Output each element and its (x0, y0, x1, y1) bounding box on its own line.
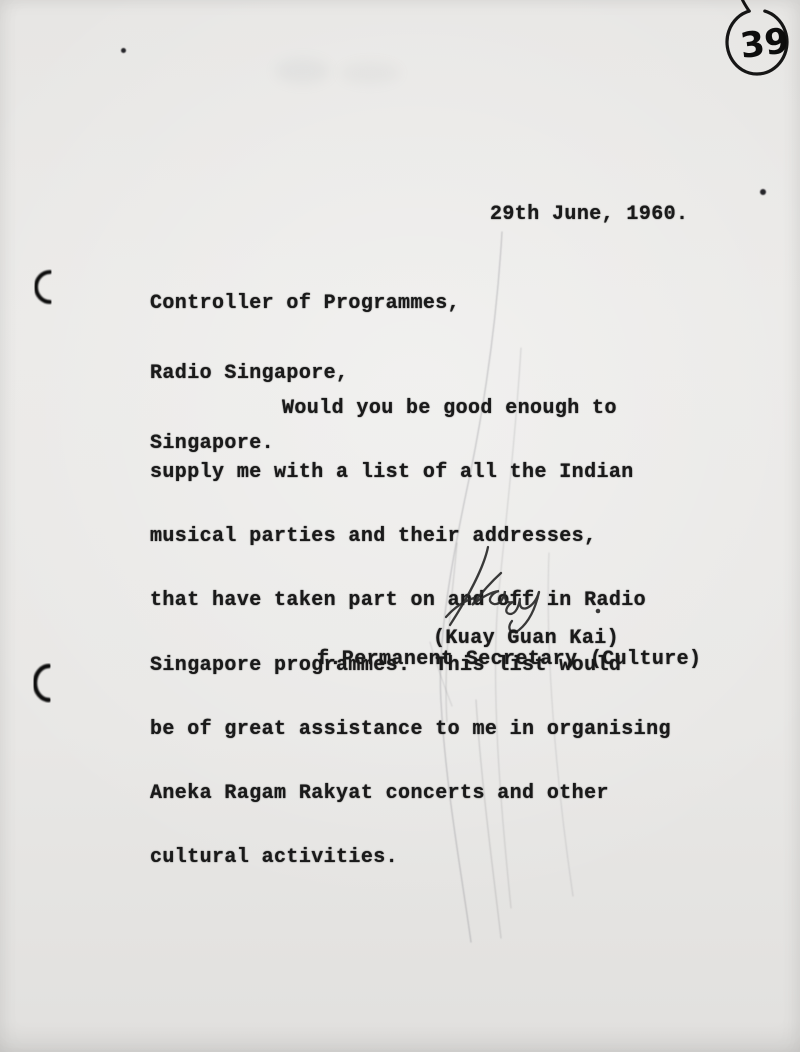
body-line: supply me with a list of all the Indian (150, 462, 671, 483)
ink-dot (760, 189, 766, 195)
page-number-circle-icon: 39 (712, 0, 800, 88)
body-line: Would you be good enough to (150, 398, 671, 419)
recipient-line: Controller of Programmes, (150, 292, 460, 315)
scanned-letter-page: 39 29th June, 1960. Controller of Progra… (0, 0, 800, 1052)
hole-punch-icon (30, 663, 64, 703)
signatory-name: (Kuay Guan Kai) (433, 627, 619, 650)
body-line: that have taken part on and off in Radio (150, 590, 671, 611)
ink-dot (121, 48, 126, 53)
body-line: Aneka Ragam Rakyat concerts and other (150, 783, 671, 804)
letter-date: 29th June, 1960. (490, 203, 688, 226)
page-number: 39 (738, 21, 791, 67)
body-line: musical parties and their addresses, (150, 526, 671, 547)
signatory-title: f.Permanent Secretary (Culture) (317, 648, 701, 671)
smudge-mark (340, 62, 400, 84)
body-line: cultural activities. (150, 847, 671, 868)
smudge-mark (275, 58, 330, 84)
body-line: be of great assistance to me in organisi… (150, 719, 671, 740)
hole-punch-icon (31, 269, 65, 305)
